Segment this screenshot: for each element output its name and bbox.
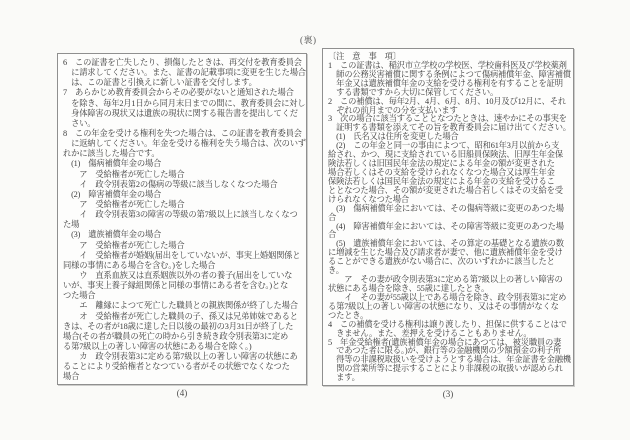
right-page-number: (3) <box>322 389 574 399</box>
text-line: 7 あらかじめ教育委員会からその必要がないと通知された場合 <box>63 88 302 98</box>
right-page-text: 〔注 意 事 項〕1 この証書は、稲沢市立学校の学校医、学校歯科医及び学校薬剤 … <box>328 53 569 383</box>
text-line: を除き、毎年2月1日から同月末日までの間に、教育委員会に対し <box>63 99 302 109</box>
right-page-box: 〔注 意 事 項〕1 この証書は、稲沢市立学校の学校医、学校歯科医及び学校薬剤 … <box>322 48 574 386</box>
text-line: 同様の事情にある場合を含む。)をした場合 <box>63 261 302 271</box>
text-line: きは、その者が18歳に達した日以後の最初の3月31日が終了した <box>63 322 302 332</box>
text-line: ます。 <box>328 374 569 383</box>
text-line: (4) 障害補償年金においては、その障害等級に変更のあつた場 <box>328 223 569 232</box>
text-line: (3) 遺族補償年金の場合 <box>63 230 302 240</box>
text-line: 場合 <box>63 372 302 382</box>
text-line: 6 この証書を亡失したり、損傷したときは、再交付を教育委員会 <box>63 58 302 68</box>
left-page-number: (4) <box>57 388 307 398</box>
text-line: イ 政令別表第2の傷病の等級に該当しなくなつた場合 <box>63 180 302 190</box>
text-line: れかに該当した場合です。 <box>63 149 302 159</box>
text-line: ることにより受給権者となつている者がその状態でなくなつた <box>63 362 302 372</box>
text-line: 8 この年金を受ける権利を失つた場合は、この証書を教育委員会 <box>63 129 302 139</box>
text-line: 関の営業所等に提示することにより非課税の取扱いが認められ <box>328 365 569 374</box>
text-line: (2) 障害補償年金の場合 <box>63 190 302 200</box>
text-line: る第7級以上の著しい障害の状態にある場合を除く。) <box>63 342 302 352</box>
left-page-text: 6 この証書を亡失したり、損傷したときは、再交付を教育委員会 に請求してください… <box>63 58 302 383</box>
text-line: ア 受給権者が死亡した場合 <box>63 241 302 251</box>
text-line: (3) 傷病補償年金においては、その傷病等級に変更のあつた場 <box>328 205 569 214</box>
text-line: イ 政令別表第3の障害の等級の第7級以上に該当しなくなつ <box>63 210 302 220</box>
left-page-box: 6 この証書を亡失したり、損傷したときは、再交付を教育委員会 に請求してください… <box>57 53 307 385</box>
text-line: ア 受給権者が死亡した場合 <box>63 170 302 180</box>
text-line: に返納してください。年金を受ける権利を失う場合は、次のいず <box>63 139 302 149</box>
text-line: エ 離縁によつて死亡した職員との親族関係が終了した場合 <box>63 301 302 311</box>
text-line: カ 政令別表第3に定める第7級以上の著しい障害の状態にあ <box>63 352 302 362</box>
text-line: (1) 傷病補償年金の場合 <box>63 159 302 169</box>
text-line: は、この証書と引換えに新しい証書を交付します。 <box>63 78 302 88</box>
text-line: いが、事実上養子縁組関係と同様の事情にある者を含む。)とな <box>63 281 302 291</box>
text-line: イ 受給権者が婚姻(届出をしていないが、事実上婚姻関係と <box>63 251 302 261</box>
text-line: ることができる遺族がない場合に、次のいずれかに該当したと <box>328 258 569 267</box>
text-line: 場合(その者が職員の死亡の時から引き続き政令別表第3に定め <box>63 332 302 342</box>
text-line: ウ 直系血族又は直系姻族以外の者の養子(届出をしていな <box>63 271 302 281</box>
sheet-side-label: (裏) <box>300 33 317 46</box>
text-line: に請求してください。また、証書の記載事項に変更を生じた場合 <box>63 68 302 78</box>
text-line: た場 <box>63 220 302 230</box>
text-line: オ 受給権者が死亡した職員の子、孫又は兄弟姉妹であると <box>63 312 302 322</box>
text-line: つた場合 <box>63 291 302 301</box>
text-line: 身体障害の現状又は遺族の現状に関する報告書を提出してくだ <box>63 109 302 119</box>
text-line: さい。 <box>63 119 302 129</box>
text-line: ア 受給権者が死亡した場合 <box>63 200 302 210</box>
